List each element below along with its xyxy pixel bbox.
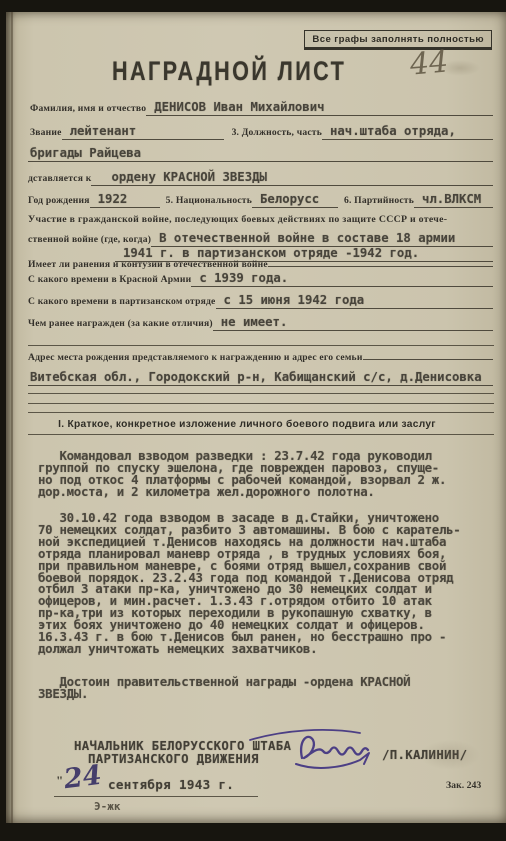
handwritten-page-number: 44 bbox=[408, 44, 449, 82]
signer-title-line2: ПАРТИЗАНСКОГО ДВИЖЕНИЯ bbox=[88, 751, 259, 766]
position-continuation-value: бригады Райцева bbox=[28, 146, 493, 162]
ruled-line bbox=[28, 412, 494, 413]
typist-code: Э-жк bbox=[94, 800, 121, 813]
partisan-since-value: с 15 июня 1942 года bbox=[216, 293, 493, 309]
ruled-line bbox=[28, 393, 494, 394]
position-label: 3. Должность, часть bbox=[232, 127, 322, 138]
party-value: чл.ВЛКСМ bbox=[414, 192, 493, 208]
rank-value: лейтенант bbox=[62, 124, 224, 140]
merit-paragraph-2: 30.10.42 года взводом в засаде в д.Стайк… bbox=[38, 512, 488, 655]
previous-awards-value: не имеет. bbox=[213, 315, 493, 331]
merit-paragraph-3: Достоин правительственной награды -орден… bbox=[38, 676, 488, 700]
field-address: Адрес места рождения представляемого к н… bbox=[28, 352, 493, 363]
red-army-since-label: С какого времени в Красной Армии bbox=[28, 274, 191, 285]
field-birth-nationality-party: Год рождения 1922 5. Национальность Бело… bbox=[28, 192, 493, 208]
partisan-since-label: С какого времени в партизанском отряде bbox=[28, 296, 216, 307]
fill-all-fields-stamp: Все графы заполнять полностью bbox=[304, 30, 492, 50]
red-army-since-value: с 1939 года. bbox=[191, 271, 493, 287]
print-order-number: Зак. 243 bbox=[446, 780, 481, 791]
ruled-line bbox=[28, 345, 494, 346]
nationality-value: Белорусс bbox=[252, 192, 338, 208]
field-partisan-since: С какого времени в партизанском отряде с… bbox=[28, 293, 493, 309]
address-label: Адрес места рождения представляемого к н… bbox=[28, 352, 363, 363]
field-red-army-since: С какого времени в Красной Армии с 1939 … bbox=[28, 271, 493, 287]
award-sheet-document: Все графы заполнять полностью 44 НАГРАДН… bbox=[0, 0, 506, 841]
war-participation-label-line1: Участие в гражданской войне, последующих… bbox=[28, 214, 493, 225]
rank-label: Звание bbox=[30, 127, 62, 138]
position-value: нач.штаба отряда, bbox=[322, 124, 493, 140]
field-wounds: Имеет ли ранения и контузии в отечествен… bbox=[28, 259, 493, 270]
merit-paragraph-1: Командовал взводом разведки : 23.7.42 го… bbox=[38, 450, 488, 498]
birth-year-label: Год рождения bbox=[28, 195, 90, 206]
war-participation-label-line2: ственной войне (где, когда) bbox=[28, 234, 151, 245]
section-title: I. Краткое, конкретное изложение личного… bbox=[28, 419, 466, 430]
scan-edge-line bbox=[11, 12, 13, 823]
nationality-label: 5. Национальность bbox=[166, 195, 252, 206]
date-day-handwritten: 24 bbox=[62, 760, 103, 795]
ruled-line bbox=[28, 403, 494, 404]
wounds-label: Имеет ли ранения и контузии в отечествен… bbox=[28, 259, 268, 270]
wounds-value bbox=[268, 265, 493, 267]
full-name-value: ДЕНИСОВ Иван Михайлович bbox=[146, 100, 493, 116]
signer-name: /П.КАЛИНИН/ bbox=[382, 747, 467, 762]
field-address-value-row: Витебская обл., Городокский р-н, Кабищан… bbox=[28, 370, 493, 386]
address-value: Витебская обл., Городокский р-н, Кабищан… bbox=[28, 370, 493, 386]
field-award: дставляется к ордену КРАСНОЙ ЗВЕЗДЫ bbox=[28, 170, 493, 186]
field-position-continuation: бригады Райцева bbox=[28, 146, 493, 162]
birth-year-value: 1922 bbox=[90, 192, 160, 208]
date-underline bbox=[54, 796, 258, 797]
party-label: 6. Партийность bbox=[344, 195, 414, 206]
address-blank bbox=[363, 358, 493, 360]
date-typed: сентября 1943 г. bbox=[108, 777, 234, 792]
previous-awards-label: Чем ранее награжден (за какие отличия) bbox=[28, 318, 213, 329]
field-rank-position: Звание лейтенант 3. Должность, часть нач… bbox=[30, 124, 493, 140]
field-full-name: Фамилия, имя и отчество ДЕНИСОВ Иван Мих… bbox=[30, 100, 493, 116]
signature-handwriting bbox=[246, 722, 396, 776]
field-previous-awards: Чем ранее награжден (за какие отличия) н… bbox=[28, 315, 493, 331]
date-quote-mark: " bbox=[56, 773, 63, 789]
full-name-label: Фамилия, имя и отчество bbox=[30, 103, 146, 114]
war-participation-value: В отечественной войне в составе 18 армии bbox=[151, 231, 493, 247]
section-underline bbox=[28, 434, 494, 435]
award-value: ордену КРАСНОЙ ЗВЕЗДЫ bbox=[91, 170, 493, 186]
field-war-participation: ственной войне (где, когда) В отечествен… bbox=[28, 231, 493, 247]
award-label: дставляется к bbox=[28, 173, 91, 184]
document-title: НАГРАДНОЙ ЛИСТ bbox=[112, 56, 346, 87]
